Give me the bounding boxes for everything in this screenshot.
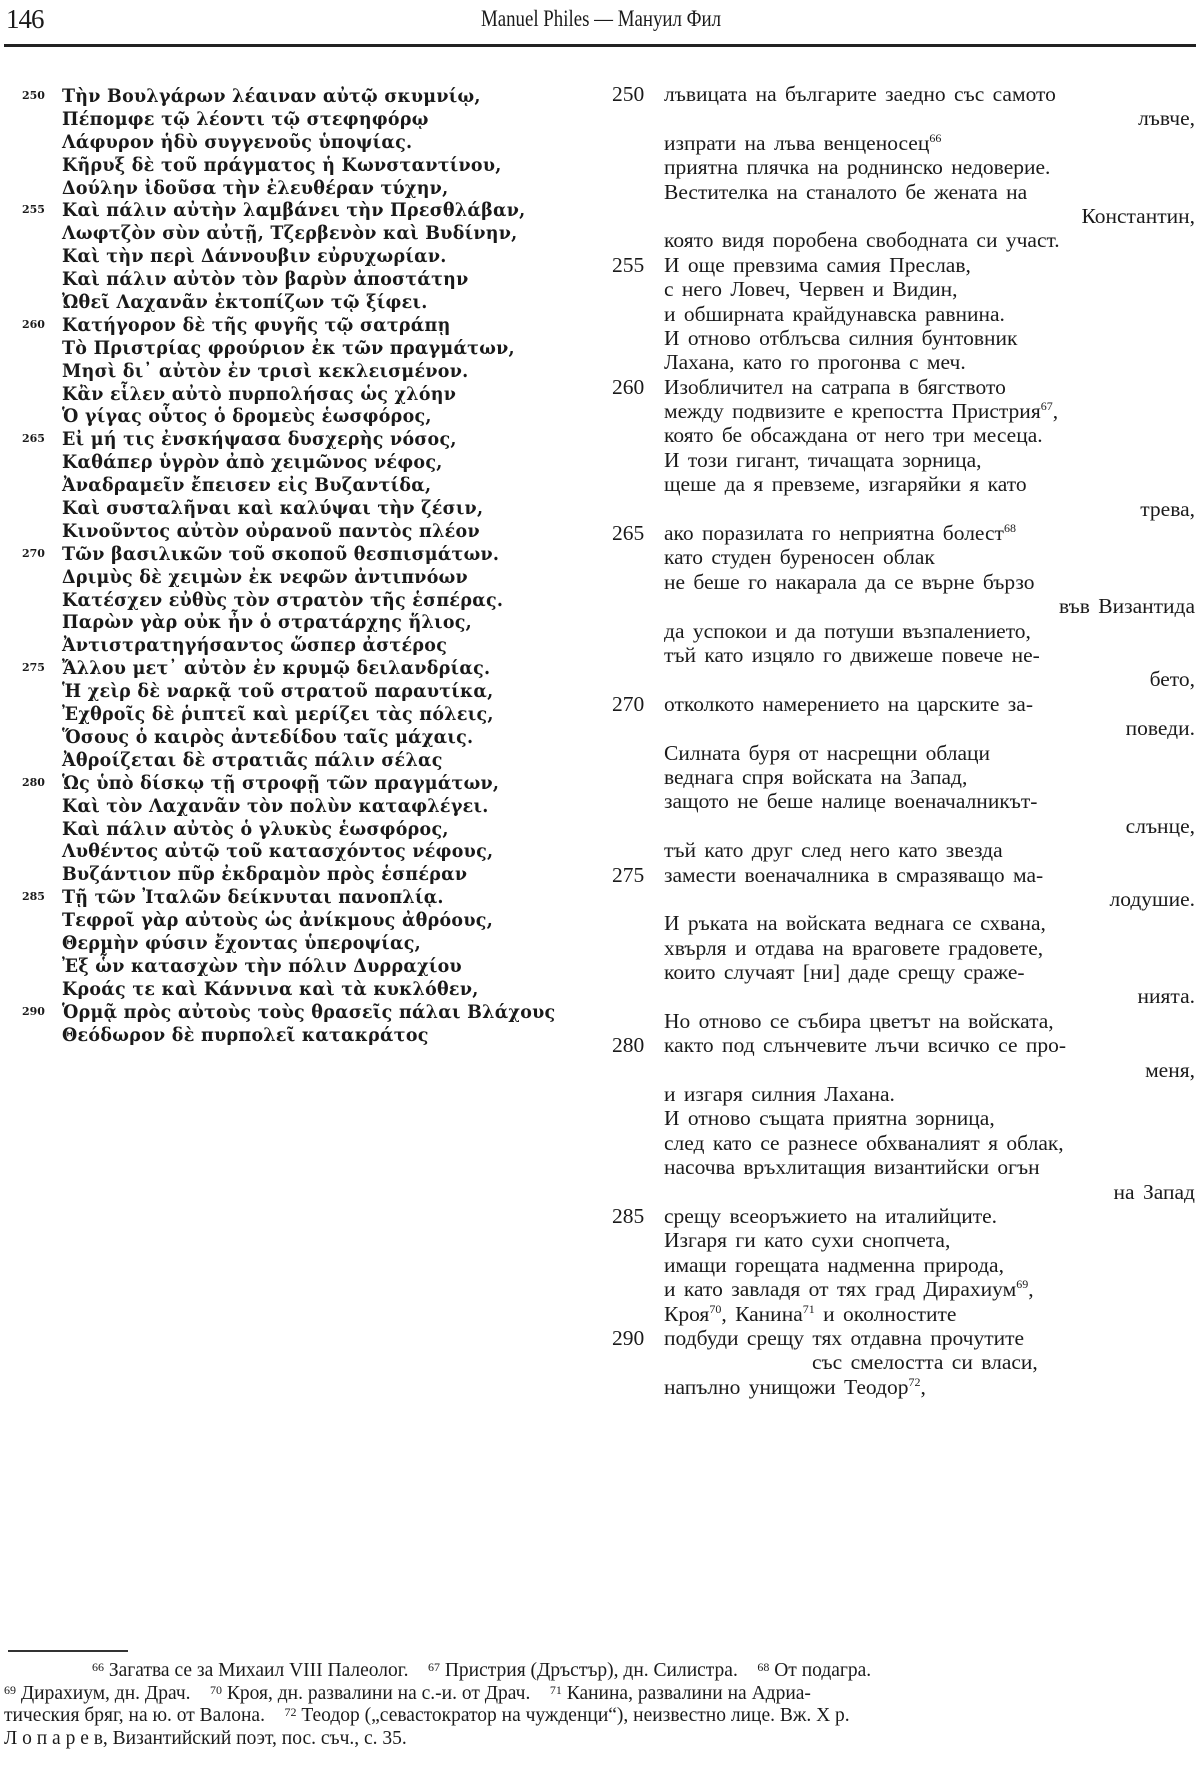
verse-text: Ἡ χεὶρ δὲ ναρκᾷ τοῦ στρατοῦ παραυτίκα, (62, 680, 494, 703)
greek-verse-line: Βυζάντιον πῦρ ἐκδραμὸν πρὸς ἑσπέραν (22, 863, 582, 886)
verse-text-main: щеше да я превземе, изгаряйки я като (664, 472, 1027, 496)
verse-text-main: меня, (1145, 1058, 1195, 1082)
verse-text-main: подбуди срещу тях отдавна прочутите (664, 1326, 1024, 1350)
translation-verse-line: лодушие. (612, 887, 1195, 911)
line-number: 290 (22, 1001, 52, 1024)
greek-verse-line: Παρὼν γὰρ οὐκ ἦν ὁ στρατάρχης ἥλιος, (22, 611, 582, 634)
bulgarian-translation-column: 250лъвицата на българите заедно със само… (612, 82, 1195, 1399)
verse-text: трева, (1140, 497, 1195, 521)
verse-text: Ἀναδραμεῖν ἔπεισεν εἰς Βυζαντίδα, (62, 474, 431, 497)
translation-verse-line: която видя поробена свободната си участ. (612, 228, 1195, 252)
verse-text-main: и като завладя от тях град Дирахиум (664, 1277, 1016, 1301)
page-header: 146 Manuel Philes — Мануил Фил (6, 4, 1196, 44)
verse-text: И отново отблъсва силния бунтовник (664, 326, 1018, 350)
translation-verse-line: нията. (612, 984, 1195, 1008)
footnote-number: 69 (4, 1683, 16, 1697)
greek-verse-line: Λωφτζὸν σὺν αὐτῇ, Τζερβενὸν καὶ Βυδίνην, (22, 222, 582, 245)
verse-text-main: Константин, (1081, 204, 1195, 228)
verse-text: Κατήγορον δὲ τῆς φυγῆς τῷ σατράπῃ (62, 314, 451, 337)
line-number: 255 (612, 253, 644, 277)
translation-verse-line: напълно унищожи Теодор72, (612, 1375, 1195, 1399)
line-number: 260 (22, 314, 52, 337)
verse-text: приятна плячка на роднинско недоверие. (664, 155, 1050, 179)
verse-text: И ръката на войската веднага се схвана, (664, 911, 1046, 935)
greek-verse-line: Πέπομφε τῷ λέοντι τῷ στεφηφόρῳ (22, 108, 582, 131)
translation-verse-line: хвърля и отдава на враговете градовете, (612, 936, 1195, 960)
verse-text: Но отново се събира цветът на войската, (664, 1009, 1054, 1033)
translation-verse-line: които случаят [ни] даде срещу сраже- (612, 960, 1195, 984)
verse-text: Καὶ συσταλῆναι καὶ καλύψαι τὴν ζέσιν, (62, 497, 483, 520)
line-number: 280 (612, 1033, 644, 1057)
verse-text-main: И ръката на войската веднага се схвана, (664, 911, 1046, 935)
verse-text: Τῇ τῶν Ἰταλῶν δείκνυται πανοπλίᾳ. (62, 886, 444, 909)
verse-text-main: с него Ловеч, Червен и Видин, (664, 277, 958, 301)
greek-verse-line: 270Τῶν βασιλικῶν τοῦ σκοποῦ θεσπισμάτων. (22, 543, 582, 566)
line-number: 265 (612, 521, 644, 545)
verse-text-main: Силната буря от насрещни облаци (664, 741, 990, 765)
verse-text: Τεφροῖ γὰρ αὐτοὺς ὡς ἀνίκμους ἀθρόους, (62, 909, 493, 932)
line-number: 255 (22, 199, 52, 222)
translation-verse-line: насочва връхлитащия византийски огън (612, 1155, 1195, 1179)
verse-text-main: между подвизите е крепостта Пристрия (664, 399, 1041, 423)
verse-text: лъвче, (1138, 106, 1195, 130)
footnote-line: 66 Загатва се за Михаил VIII Палеолог. 6… (4, 1660, 1196, 1683)
greek-original-column: 250Τὴν Βουλγάρων λέαιναν αὐτῷ σκυμνίῳ,Πέ… (22, 85, 582, 1046)
verse-text: Τῶν βασιλικῶν τοῦ σκοποῦ θεσπισμάτων. (62, 543, 499, 566)
verse-text-main: слънце, (1126, 814, 1195, 838)
greek-verse-line: 260Κατήγορον δὲ τῆς φυγῆς τῷ σατράπῃ (22, 314, 582, 337)
verse-text: Εἰ μή τις ἐνσκήψασα δυσχερὴς νόσος, (62, 428, 457, 451)
verse-text: Κατέσχεν εὐθὺς τὸν στρατὸν τῆς ἑσπέρας. (62, 589, 503, 612)
verse-text: ако поразилата го неприятна болест68 (664, 521, 1016, 545)
translation-verse-line: след като се разнесе обхваналият я облак… (612, 1131, 1195, 1155)
translation-verse-line: 280както под слънчевите лъчи всичко се п… (612, 1033, 1195, 1057)
verse-text-tail: , (1053, 399, 1058, 423)
footnote-text: тическия бряг, на ю. от Валона. (4, 1705, 284, 1726)
greek-verse-line: Τεφροῖ γὰρ αὐτοὺς ὡς ἀνίκμους ἀθρόους, (22, 909, 582, 932)
verse-text-main: във Византида (1059, 594, 1195, 618)
line-number: 250 (612, 82, 644, 106)
verse-text: и обширната крайдунавска равнина. (664, 302, 1005, 326)
verse-text: Καὶ τὴν περὶ Δάννουβιν εὐρυχωρίαν. (62, 245, 447, 268)
translation-verse-line: и като завладя от тях град Дирахиум69, (612, 1277, 1195, 1301)
verse-text-main: тъй като друг след него като звезда (664, 838, 1003, 862)
verse-text: Ἀντιστρατηγήσαντος ὥσπερ ἀστέρος (62, 634, 447, 657)
verse-text-main: Вестителка на станалото бе жената на (664, 180, 1027, 204)
translation-verse-line: на Запад (612, 1180, 1195, 1204)
verse-text: Μησὶ δι᾿ αὐτὸν ἐν τρισὶ κεκλεισμένον. (62, 360, 468, 383)
verse-text: Καὶ τὸν Λαχανᾶν τὸν πολὺν καταφλέγει. (62, 795, 489, 818)
verse-text: не беше го накарала да се върне бързо (664, 570, 1034, 594)
translation-verse-line: между подвизите е крепостта Пристрия67, (612, 399, 1195, 423)
verse-text: Ἐχθροῖς δὲ ῥιπτεῖ καὶ μερίζει τὰς πόλεις… (62, 703, 494, 726)
verse-text-main: нията. (1138, 984, 1195, 1008)
translation-verse-line: Кроя70, Канина71 и околностите (612, 1302, 1195, 1326)
verse-text: Τὸ Πριστρίας φρούριον ἐκ τῶν πραγμάτων, (62, 337, 515, 360)
verse-text: И още превзима самия Преслав, (664, 253, 971, 277)
translation-verse-line: и обширната крайдунавска равнина. (612, 302, 1195, 326)
line-number: 285 (612, 1204, 644, 1228)
footnote-number: 71 (550, 1683, 562, 1697)
translation-verse-line: Изгаря ги като сухи снопчета, (612, 1228, 1195, 1252)
verse-text-main: след като се разнесе обхваналият я облак… (664, 1131, 1064, 1155)
verse-text: имащи горещата надменна природа, (664, 1253, 1004, 1277)
greek-verse-line: 265Εἰ μή τις ἐνσκήψασα δυσχερὴς νόσος, (22, 428, 582, 451)
verse-text: Τὴν Βουλγάρων λέαιναν αὐτῷ σκυμνίῳ, (62, 85, 481, 108)
verse-text: бето, (1150, 667, 1195, 691)
footnote-rule (8, 1650, 128, 1652)
verse-text: Δούλην ἰδοῦσα τὴν ἐλευθέραν τύχην, (62, 177, 448, 200)
translation-verse-line: Силната буря от насрещни облаци (612, 741, 1195, 765)
line-number: 270 (22, 543, 52, 566)
footnote-line: Л о п а р е в, Византийский поэт, пос. с… (4, 1728, 1196, 1751)
verse-text-main: И отново отблъсва силния бунтовник (664, 326, 1018, 350)
verse-text-main: която бе обсаждана от него три месеца. (664, 423, 1043, 447)
footnote-line: тическия бряг, на ю. от Валона. 72 Теодо… (4, 1705, 1196, 1728)
footnote-ref[interactable]: 67 (1041, 399, 1053, 413)
line-number: 250 (22, 85, 52, 108)
greek-verse-line: Καὶ τὴν περὶ Δάννουβιν εὐρυχωρίαν. (22, 245, 582, 268)
verse-text: Καθάπερ ὑγρὸν ἀπὸ χειμῶνος νέφος, (62, 451, 443, 474)
verse-text-main: да успокои и да потуши възпалението, (664, 619, 1031, 643)
greek-verse-line: Καὶ πάλιν αὐτὸς ὁ γλυκὺς ἑωσφόρος, (22, 818, 582, 841)
verse-text: Κινοῦντος αὐτὸν οὐρανοῦ παντὸς πλέον (62, 520, 480, 543)
translation-verse-line: поведи. (612, 716, 1195, 740)
translation-verse-line: 270отколкото намерението на царските за- (612, 692, 1195, 716)
translation-verse-line: тъй като изцяло го движеше повече не- (612, 643, 1195, 667)
verse-text: Θεόδωρον δὲ πυρπολεῖ κατακράτος (62, 1024, 429, 1047)
verse-text-main: хвърля и отдава на враговете градовете, (664, 936, 1043, 960)
verse-text: като студен буреносен облак (664, 545, 935, 569)
verse-text: Изгаря ги като сухи снопчета, (664, 1228, 950, 1252)
translation-verse-line: във Византида (612, 594, 1195, 618)
verse-text-main: и обширната крайдунавска равнина. (664, 302, 1005, 326)
verse-text: поведи. (1126, 716, 1195, 740)
footnote-number: 72 (284, 1705, 296, 1719)
greek-verse-line: Ὠθεῖ Λαχανᾶν ἐκτοπίζων τῷ ξίφει. (22, 291, 582, 314)
greek-verse-line: Ἐξ ὧν κατασχὼν τὴν πόλιν Δυρραχίου (22, 955, 582, 978)
verse-text-tail: , (920, 1375, 925, 1399)
verse-text: меня, (1145, 1058, 1195, 1082)
verse-text: както под слънчевите лъчи всичко се про- (664, 1033, 1066, 1057)
header-rule (4, 44, 1196, 47)
greek-verse-line: Κἂν εἷλεν αὐτὸ πυρπολήσας ὡς χλόην (22, 383, 582, 406)
line-number: 260 (612, 375, 644, 399)
verse-text: Κροάς τε καὶ Κάννινα καὶ τὰ κυκλόθεν, (62, 978, 479, 1001)
verse-text: слънце, (1126, 814, 1195, 838)
verse-text: напълно унищожи Теодор72, (664, 1375, 926, 1399)
translation-verse-line: лъвче, (612, 106, 1195, 130)
line-number: 265 (22, 428, 52, 451)
footnote-line: 69 Дирахиум, дн. Драч. 70 Кроя, дн. разв… (4, 1683, 1196, 1706)
verse-text: насочва връхлитащия византийски огън (664, 1155, 1040, 1179)
footnote-text: Теодор („севастократор на чужденци“), не… (296, 1705, 849, 1726)
translation-verse-line: 265ако поразилата го неприятна болест68 (612, 521, 1195, 545)
greek-verse-line: Ὅσους ὁ καιρὸς ἀντεδίδου ταῖς μάχαις. (22, 726, 582, 749)
verse-text: Константин, (1081, 204, 1195, 228)
line-number: 290 (612, 1326, 644, 1350)
footnote-ref[interactable]: 69 (1016, 1277, 1028, 1291)
verse-text-main: И отново същата приятна зорница, (664, 1106, 995, 1130)
verse-text: Ὁ γίγας οὗτος ὁ δρομεὺς ἑωσφόρος, (62, 405, 432, 428)
verse-text: Кроя70, Канина71 и околностите (664, 1302, 956, 1326)
greek-verse-line: Καὶ πάλιν αὐτὸν τὸν βαρὺν ἀποστάτην (22, 268, 582, 291)
verse-text: защото не беше налице военачалникът- (664, 789, 1037, 813)
greek-verse-line: Καὶ τὸν Λαχανᾶν τὸν πολὺν καταφλέγει. (22, 795, 582, 818)
verse-text-main: тъй като изцяло го движеше повече не- (664, 643, 1040, 667)
footnote-ref[interactable]: 70 (709, 1302, 721, 1316)
verse-text-main: Но отново се събира цветът на войската, (664, 1009, 1054, 1033)
translation-verse-line: 290подбуди срещу тях отдавна прочутите (612, 1326, 1195, 1350)
greek-verse-line: Λάφυρον ἡδὺ συγγενοῦς ὑποψίας. (22, 131, 582, 154)
translation-verse-line: имащи горещата надменна природа, (612, 1253, 1195, 1277)
verse-text: Καὶ πάλιν αὐτὴν λαμβάνει τὴν Πρεσθλάβαν, (62, 199, 526, 222)
verse-text: И този гигант, тичащата зорница, (664, 448, 982, 472)
verse-text-main: на Запад (1114, 1180, 1195, 1204)
verse-text: Κἂν εἷλεν αὐτὸ πυρπολήσας ὡς χλόην (62, 383, 456, 406)
greek-verse-line: Κινοῦντος αὐτὸν οὐρανοῦ παντὸς πλέον (22, 520, 582, 543)
translation-verse-line: като студен буреносен облак (612, 545, 1195, 569)
verse-text: Θερμὴν φύσιν ἔχοντας ὑπεροψίας, (62, 932, 421, 955)
verse-text: Καὶ πάλιν αὐτὸς ὁ γλυκὺς ἑωσφόρος, (62, 818, 449, 841)
verse-text-main: и изгаря силния Лахана. (664, 1082, 895, 1106)
footnote-ref[interactable]: 71 (803, 1302, 815, 1316)
greek-verse-line: Κατέσχεν εὐθὺς τὸν στρατὸν τῆς ἑσπέρας. (22, 589, 582, 612)
translation-verse-line: 260Изобличител на сатрапа в бягството (612, 375, 1195, 399)
greek-verse-line: Καὶ συσταλῆναι καὶ καλύψαι τὴν ζέσιν, (22, 497, 582, 520)
verse-text: замести военачалника в смразяващо ма- (664, 863, 1043, 887)
verse-text-tail: , Канина (721, 1302, 802, 1326)
translation-verse-line: И отново отблъсва силния бунтовник (612, 326, 1195, 350)
verse-text: Силната буря от насрещни облаци (664, 741, 990, 765)
greek-verse-line: Ἡ χεὶρ δὲ ναρκᾷ τοῦ στρατοῦ παραυτίκα, (22, 680, 582, 703)
footnote-ref[interactable]: 68 (1004, 521, 1016, 535)
translation-verse-line: щеше да я превземе, изгаряйки я като (612, 472, 1195, 496)
verse-text-tail: , (1028, 1277, 1033, 1301)
translation-verse-line: И отново същата приятна зорница, (612, 1106, 1195, 1130)
verse-text-main: които случаят [ни] даде срещу сраже- (664, 960, 1025, 984)
verse-text: Παρὼν γὰρ οὐκ ἦν ὁ στρατάρχης ἥλιος, (62, 611, 472, 634)
greek-verse-line: Ἐχθροῖς δὲ ῥιπτεῖ καὶ μερίζει τὰς πόλεις… (22, 703, 582, 726)
translation-verse-line: Константин, (612, 204, 1195, 228)
footnotes: 66 Загатва се за Михаил VIII Палеолог. 6… (4, 1660, 1196, 1750)
verse-text: Ἀθροίζεται δὲ στρατιᾶς πάλιν σέλας (62, 749, 443, 772)
verse-text-main: веднага спря войската на Запад, (664, 765, 967, 789)
greek-verse-line: Κῆρυξ δὲ τοῦ πράγματος ἡ Κωνσταντίνου, (22, 154, 582, 177)
verse-text: Ὅσους ὁ καιρὸς ἀντεδίδου ταῖς μάχαις. (62, 726, 473, 749)
footnote-text: Загатва се за Михаил VIII Палеолог. (104, 1660, 428, 1681)
verse-text-main: лъвицата на българите заедно със самото (664, 82, 1056, 106)
translation-verse-line: приятна плячка на роднинско недоверие. (612, 155, 1195, 179)
greek-verse-line: 290Ὁρμᾷ πρὸς αὐτοὺς τοὺς θρασεῖς πάλαι Β… (22, 1001, 582, 1024)
footnote-text: Пристрия (Дръстър), дн. Силистра. (440, 1660, 757, 1681)
greek-verse-line: Κροάς τε καὶ Κάννινα καὶ τὰ κυκλόθεν, (22, 978, 582, 1001)
footnote-ref[interactable]: 72 (908, 1375, 920, 1389)
verse-text: Κῆρυξ δὲ τοῦ πράγματος ἡ Κωνσταντίνου, (62, 154, 502, 177)
verse-text-main: не беше го накарала да се върне бързо (664, 570, 1034, 594)
verse-text: лъвицата на българите заедно със самото (664, 82, 1056, 106)
translation-verse-line: защото не беше налице военачалникът- (612, 789, 1195, 813)
footnote-ref[interactable]: 66 (929, 131, 941, 145)
translation-verse-line: да успокои и да потуши възпалението, (612, 619, 1195, 643)
translation-verse-line: която бе обсаждана от него три месеца. (612, 423, 1195, 447)
greek-verse-line: Θεόδωρον δὲ πυρπολεῖ κατακράτος (22, 1024, 582, 1047)
greek-verse-line: Ἀναδραμεῖν ἔπεισεν εἰς Βυζαντίδα, (22, 474, 582, 497)
page-number: 146 (6, 4, 44, 35)
greek-verse-line: 255Καὶ πάλιν αὐτὴν λαμβάνει τὴν Πρεσθλάβ… (22, 199, 582, 222)
translation-verse-line: 250лъвицата на българите заедно със само… (612, 82, 1195, 106)
greek-verse-line: Δούλην ἰδοῦσα τὴν ἐλευθέραν τύχην, (22, 177, 582, 200)
greek-verse-line: Καθάπερ ὑγρὸν ἀπὸ χειμῶνος νέφος, (22, 451, 582, 474)
verse-text: срещу всеоръжието на италийците. (664, 1204, 997, 1228)
verse-text: Καὶ πάλιν αὐτὸν τὸν βαρὺν ἀποστάτην (62, 268, 469, 291)
translation-verse-line: Но отново се събира цветът на войската, (612, 1009, 1195, 1033)
verse-text: тъй като изцяло го движеше повече не- (664, 643, 1040, 667)
line-number: 270 (612, 692, 644, 716)
translation-verse-line: Вестителка на станалото бе жената на (612, 180, 1195, 204)
footnote-number: 68 (757, 1660, 769, 1674)
verse-text-main: И още превзима самия Преслав, (664, 253, 971, 277)
verse-text: Ὡς ὑπὸ δίσκῳ τῇ στροφῇ τῶν πραγμάτων, (62, 772, 499, 795)
translation-verse-line: с него Ловеч, Червен и Видин, (612, 277, 1195, 301)
verse-text: Ὁρμᾷ πρὸς αὐτοὺς τοὺς θρασεῖς πάλαι Βλάχ… (62, 1001, 555, 1024)
verse-text: Ἄλλου μετ᾿ αὐτὸν ἐν κρυμῷ δειλανδρίας. (62, 657, 490, 680)
verse-text-main: Лахана, като го прогонва с меч. (664, 350, 966, 374)
verse-text-main: със смелостта си власи, (812, 1350, 1038, 1374)
verse-text-main: лъвче, (1138, 106, 1195, 130)
greek-verse-line: 285Τῇ τῶν Ἰταλῶν δείκνυται πανοπλίᾳ. (22, 886, 582, 909)
greek-verse-line: 250Τὴν Βουλγάρων λέαιναν αὐτῷ σκυμνίῳ, (22, 85, 582, 108)
verse-text: Ἐξ ὧν κατασχὼν τὴν πόλιν Δυρραχίου (62, 955, 462, 978)
translation-verse-line: 285срещу всеоръжието на италийците. (612, 1204, 1195, 1228)
footnote-text: Канина, развалини на Адриа- (562, 1683, 811, 1704)
verse-text: след като се разнесе обхваналият я облак… (664, 1131, 1064, 1155)
verse-text: щеше да я превземе, изгаряйки я като (664, 472, 1027, 496)
translation-verse-line: и изгаря силния Лахана. (612, 1082, 1195, 1106)
footnote-text: Л о п а р е в, Византийский поэт, пос. с… (4, 1728, 407, 1749)
footnote-text: Кроя, дн. развалини на с.-и. от Драч. (222, 1683, 550, 1704)
greek-verse-line: Ἀντιστρατηγήσαντος ὥσπερ ἀστέρος (22, 634, 582, 657)
verse-text: Λυθέντος αὐτῷ τοῦ κατασχόντος νέφους, (62, 840, 493, 863)
translation-verse-line: меня, (612, 1058, 1195, 1082)
verse-text: отколкото намерението на царските за- (664, 692, 1033, 716)
translation-verse-line: не беше го накарала да се върне бързо (612, 570, 1195, 594)
greek-verse-line: Ὁ γίγας οὗτος ὁ δρομεὺς ἑωσφόρος, (22, 405, 582, 428)
verse-text: Ὠθεῖ Λαχανᾶν ἐκτοπίζων τῷ ξίφει. (62, 291, 428, 314)
verse-text: и като завладя от тях град Дирахиум69, (664, 1277, 1034, 1301)
verse-text-main: Изобличител на сатрапа в бягството (664, 375, 1006, 399)
verse-text-main: приятна плячка на роднинско недоверие. (664, 155, 1050, 179)
verse-text-main: която видя поробена свободната си участ. (664, 228, 1060, 252)
verse-text: със смелостта си власи, (812, 1350, 1038, 1374)
verse-text: на Запад (1114, 1180, 1195, 1204)
translation-verse-line: бето, (612, 667, 1195, 691)
translation-verse-line: слънце, (612, 814, 1195, 838)
verse-text: тъй като друг след него като звезда (664, 838, 1003, 862)
verse-text: Вестителка на станалото бе жената на (664, 180, 1027, 204)
verse-text: Λάφυρον ἡδὺ συγγενοῦς ὑποψίας. (62, 131, 412, 154)
verse-text: Изобличител на сатрапа в бягството (664, 375, 1006, 399)
verse-text-main: трева, (1140, 497, 1195, 521)
translation-verse-line: изпрати на лъва венценосец66 (612, 131, 1195, 155)
footnote-number: 70 (210, 1683, 222, 1697)
verse-text: И отново същата приятна зорница, (664, 1106, 995, 1130)
greek-verse-line: Λυθέντος αὐτῷ τοῦ κατασχόντος νέφους, (22, 840, 582, 863)
verse-text: между подвизите е крепостта Пристрия67, (664, 399, 1058, 423)
verse-text: които случаят [ни] даде срещу сраже- (664, 960, 1025, 984)
verse-text: лодушие. (1109, 887, 1195, 911)
verse-text: във Византида (1059, 594, 1195, 618)
verse-text-main: напълно унищожи Теодор (664, 1375, 908, 1399)
footnote-text: От подагра. (769, 1660, 871, 1681)
verse-text: и изгаря силния Лахана. (664, 1082, 895, 1106)
verse-text-main: насочва връхлитащия византийски огън (664, 1155, 1040, 1179)
verse-text-main: срещу всеоръжието на италийците. (664, 1204, 997, 1228)
verse-text: нията. (1138, 984, 1195, 1008)
footnote-number: 67 (428, 1660, 440, 1674)
verse-text: която бе обсаждана от него три месеца. (664, 423, 1043, 447)
greek-verse-line: Ἀθροίζεται δὲ στρατιᾶς πάλιν σέλας (22, 749, 582, 772)
translation-verse-line: 255И още превзима самия Преслав, (612, 253, 1195, 277)
verse-text-main: замести военачалника в смразяващо ма- (664, 863, 1043, 887)
greek-verse-line: 280Ὡς ὑπὸ δίσκῳ τῇ στροφῇ τῶν πραγμάτων, (22, 772, 582, 795)
verse-text-main: отколкото намерението на царските за- (664, 692, 1033, 716)
line-number: 280 (22, 772, 52, 795)
translation-verse-line: тъй като друг след него като звезда (612, 838, 1195, 862)
verse-text-main: Изгаря ги като сухи снопчета, (664, 1228, 950, 1252)
verse-text: подбуди срещу тях отдавна прочутите (664, 1326, 1024, 1350)
translation-verse-line: веднага спря войската на Запад, (612, 765, 1195, 789)
verse-text-main: изпрати на лъва венценосец (664, 131, 929, 155)
verse-text-main: И този гигант, тичащата зорница, (664, 448, 982, 472)
verse-text-main: ако поразилата го неприятна болест (664, 521, 1004, 545)
translation-verse-line: трева, (612, 497, 1195, 521)
verse-text-main: Кроя (664, 1302, 709, 1326)
greek-verse-line: Θερμὴν φύσιν ἔχοντας ὑπεροψίας, (22, 932, 582, 955)
verse-text-main: поведи. (1126, 716, 1195, 740)
greek-verse-line: Δριμὺς δὲ χειμὼν ἐκ νεφῶν ἀντιπνόων (22, 566, 582, 589)
running-title: Manuel Philes — Мануил Фил (113, 6, 1089, 32)
verse-text: Лахана, като го прогонва с меч. (664, 350, 966, 374)
translation-verse-line: И ръката на войската веднага се схвана, (612, 911, 1195, 935)
verse-text: Λωφτζὸν σὺν αὐτῇ, Τζερβενὸν καὶ Βυδίνην, (62, 222, 518, 245)
footnote-number: 66 (92, 1660, 104, 1674)
verse-text: веднага спря войската на Запад, (664, 765, 967, 789)
verse-text-main: имащи горещата надменна природа, (664, 1253, 1004, 1277)
line-number: 275 (22, 657, 52, 680)
translation-verse-line: със смелостта си власи, (612, 1350, 1195, 1374)
verse-text-main: лодушие. (1109, 887, 1195, 911)
translation-verse-line: И този гигант, тичащата зорница, (612, 448, 1195, 472)
verse-text-main: като студен буреносен облак (664, 545, 935, 569)
greek-verse-line: 275Ἄλλου μετ᾿ αὐτὸν ἐν κρυμῷ δειλανδρίας… (22, 657, 582, 680)
footnote-text: Дирахиум, дн. Драч. (16, 1683, 210, 1704)
line-number: 275 (612, 863, 644, 887)
verse-text: с него Ловеч, Червен и Видин, (664, 277, 958, 301)
greek-verse-line: Μησὶ δι᾿ αὐτὸν ἐν τρισὶ κεκλεισμένον. (22, 360, 582, 383)
verse-text: Πέπομφε τῷ λέοντι τῷ στεφηφόρῳ (62, 108, 429, 131)
verse-text: изпрати на лъва венценосец66 (664, 131, 941, 155)
verse-text: Βυζάντιον πῦρ ἐκδραμὸν πρὸς ἑσπέραν (62, 863, 467, 886)
translation-verse-line: Лахана, като го прогонва с меч. (612, 350, 1195, 374)
line-number: 285 (22, 886, 52, 909)
verse-text-main: бето, (1150, 667, 1195, 691)
greek-verse-line: Τὸ Πριστρίας φρούριον ἐκ τῶν πραγμάτων, (22, 337, 582, 360)
verse-text: Δριμὺς δὲ χειμὼν ἐκ νεφῶν ἀντιπνόων (62, 566, 468, 589)
verse-text-tail: и околностите (815, 1302, 957, 1326)
verse-text: която видя поробена свободната си участ. (664, 228, 1060, 252)
translation-verse-line: 275замести военачалника в смразяващо ма- (612, 863, 1195, 887)
